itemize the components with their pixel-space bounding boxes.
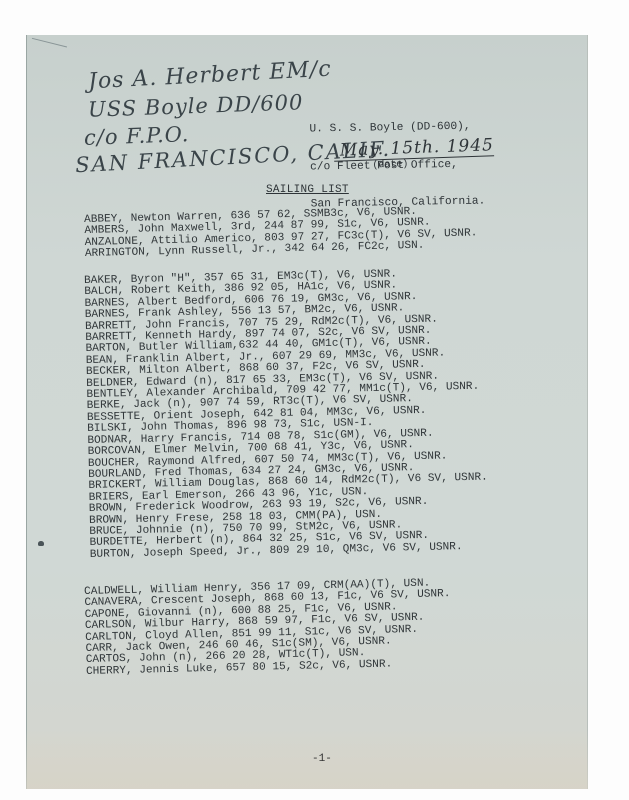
- roster-group-a: ABBEY, Newton Warren, 636 57 62, SSMB3c,…: [84, 205, 478, 260]
- address-line: U. S. S. Boyle (DD-600),: [309, 120, 484, 136]
- roster-group-c: CALDWELL, William Henry, 356 17 09, CRM(…: [84, 578, 452, 678]
- document-title: SAILING LIST: [266, 184, 349, 196]
- paper-speck: [38, 541, 44, 546]
- date-field: May. 15th. 1945 (date): [333, 135, 494, 173]
- roster-group-b: BAKER, Byron "H", 357 65 31, EM3c(T), V6…: [84, 268, 489, 561]
- page-number: -1-: [312, 753, 332, 765]
- handwritten-fpo: c/o F.P.O.: [84, 122, 190, 150]
